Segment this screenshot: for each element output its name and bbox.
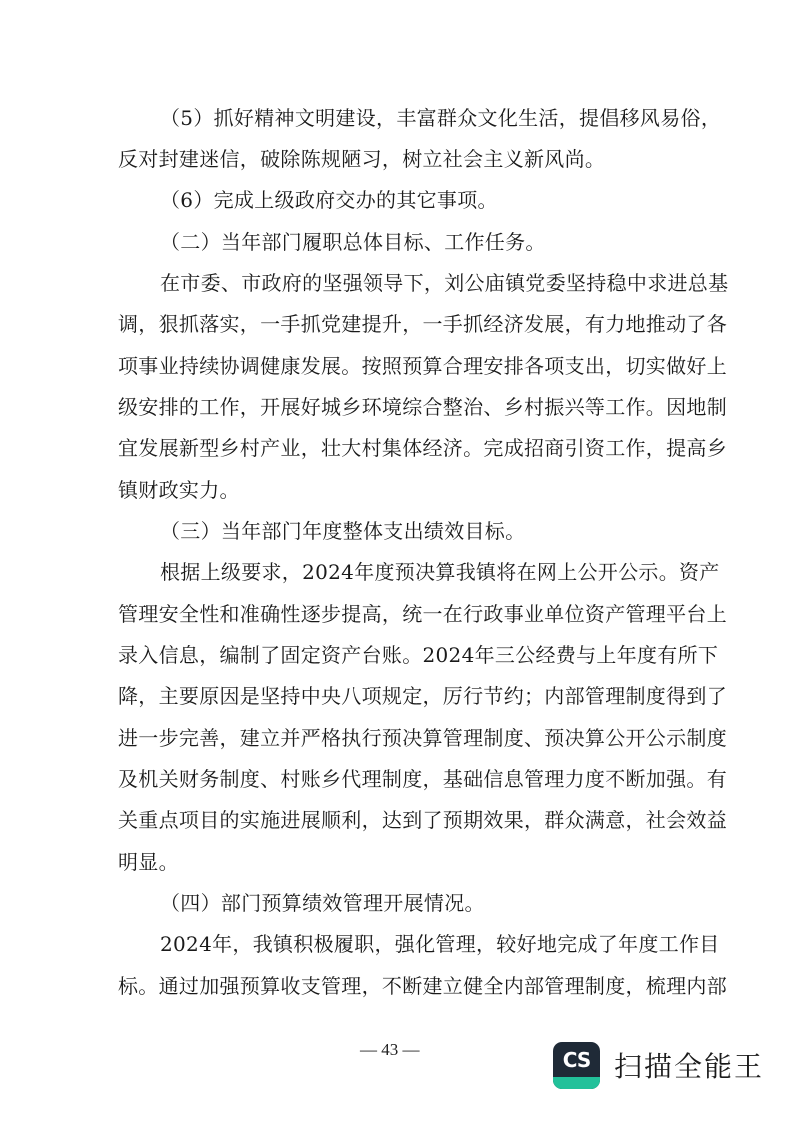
text-line: 根据上级要求，2024年度预决算我镇将在网上公开公示。资产 bbox=[160, 560, 720, 584]
text-line: 2024年，我镇积极履职，强化管理，较好地完成了年度工作目 bbox=[160, 932, 720, 956]
text-line: 在市委、市政府的坚强领导下，刘公庙镇党委坚持稳中求进总基 bbox=[160, 271, 720, 295]
logo-band bbox=[553, 1077, 600, 1089]
text-line: 级安排的工作，开展好城乡环境综合整治、乡村振兴等工作。因地制 bbox=[118, 395, 678, 419]
watermark-label: 扫描全能王 bbox=[614, 1045, 764, 1085]
camscanner-logo-icon: CS bbox=[553, 1042, 600, 1089]
document-page: （5）抓好精神文明建设，丰富群众文化生活，提倡移风易俗，反对封建迷信，破除陈规陋… bbox=[0, 0, 793, 1122]
camscanner-watermark: CS 扫描全能王 bbox=[553, 1040, 764, 1090]
text-line: 及机关财务制度、村账乡代理制度，基础信息管理力度不断加强。有 bbox=[118, 767, 678, 791]
text-line: （二）当年部门履职总体目标、工作任务。 bbox=[160, 230, 720, 254]
text-line: 标。通过加强预算收支管理，不断建立健全内部管理制度，梳理内部 bbox=[118, 974, 678, 998]
page-number: — 43 — bbox=[360, 1040, 450, 1060]
text-line: 镇财政实力。 bbox=[118, 478, 678, 502]
text-line: 明显。 bbox=[118, 850, 678, 874]
text-line: 管理安全性和准确性逐步提高，统一在行政事业单位资产管理平台上 bbox=[118, 602, 678, 626]
text-line: （三）当年部门年度整体支出绩效目标。 bbox=[160, 519, 720, 543]
text-line: 项事业持续协调健康发展。按照预算合理安排各项支出，切实做好上 bbox=[118, 354, 678, 378]
text-line: （四）部门预算绩效管理开展情况。 bbox=[160, 891, 720, 915]
text-line: 宜发展新型乡村产业，壮大村集体经济。完成招商引资工作，提高乡 bbox=[118, 436, 678, 460]
text-line: 反对封建迷信，破除陈规陋习，树立社会主义新风尚。 bbox=[118, 147, 678, 171]
text-line: 降，主要原因是坚持中央八项规定，厉行节约；内部管理制度得到了 bbox=[118, 684, 678, 708]
text-line: （5）抓好精神文明建设，丰富群众文化生活，提倡移风易俗， bbox=[160, 106, 720, 130]
text-line: 进一步完善，建立并严格执行预决算管理制度、预决算公开公示制度 bbox=[118, 726, 678, 750]
text-line: 关重点项目的实施进展顺利，达到了预期效果，群众满意，社会效益 bbox=[118, 808, 678, 832]
logo-text: CS bbox=[553, 1048, 600, 1072]
text-line: （6）完成上级政府交办的其它事项。 bbox=[160, 188, 720, 212]
text-line: 录入信息，编制了固定资产台账。2024年三公经费与上年度有所下 bbox=[118, 643, 678, 667]
text-line: 调，狠抓落实，一手抓党建提升，一手抓经济发展，有力地推动了各 bbox=[118, 312, 678, 336]
